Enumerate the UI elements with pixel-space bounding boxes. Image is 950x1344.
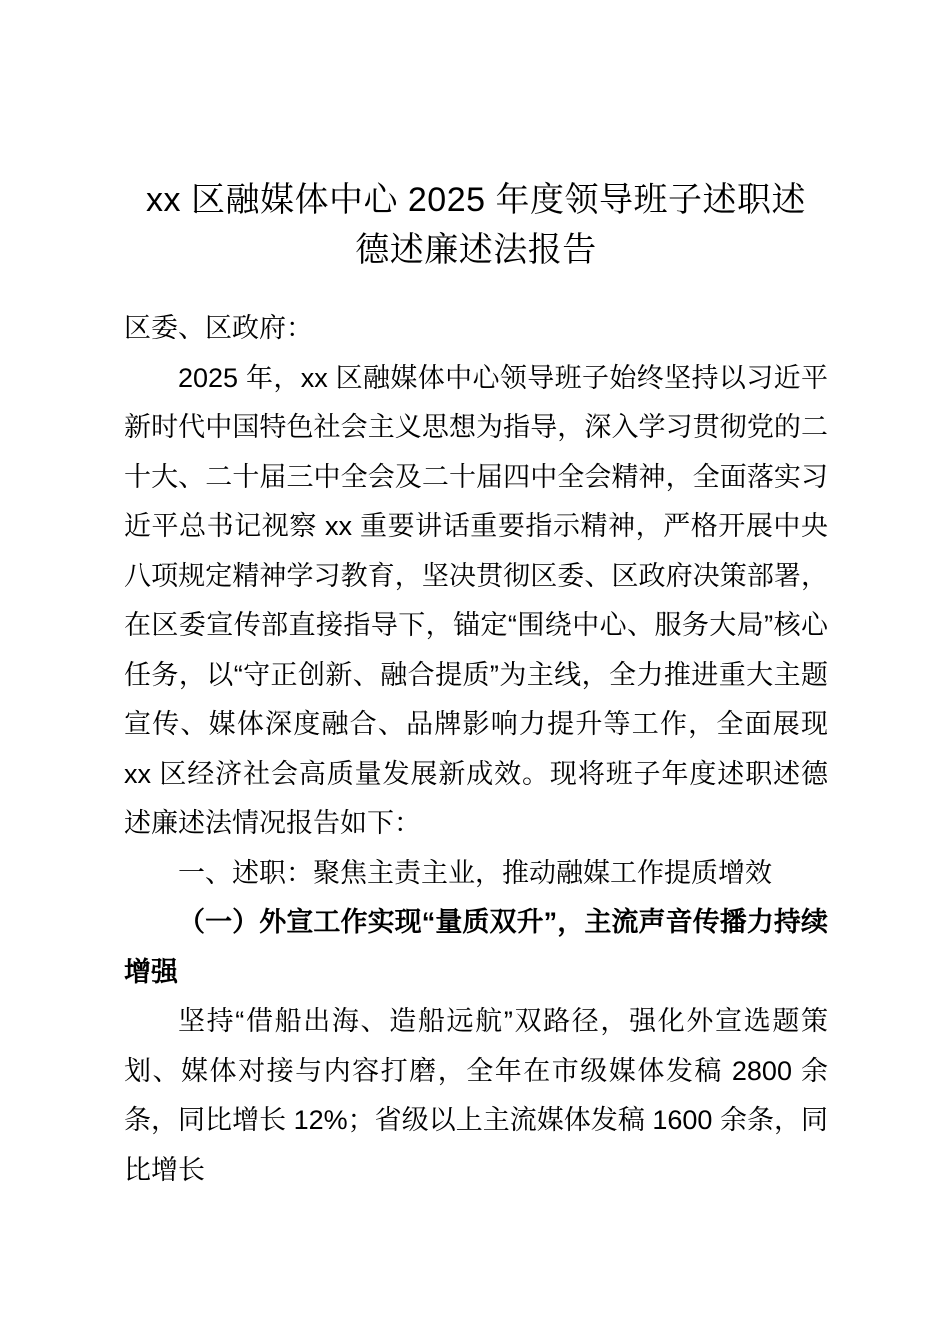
document-title-line-1: xx 区融媒体中心 2025 年度领导班子述职述 (124, 175, 828, 225)
paragraph-list: 2025 年，xx 区融媒体中心领导班子始终坚持以习近平新时代中国特色社会主义思… (124, 354, 828, 1196)
document-title-line-2: 德述廉述法报告 (124, 225, 828, 275)
paragraph: 坚持“借船出海、造船远航”双路径，强化外宣选题策划、媒体对接与内容打磨，全年在市… (124, 997, 828, 1195)
salutation: 区委、区政府： (124, 304, 828, 354)
section-heading: 一、述职：聚焦主责主业，推动融媒工作提质增效 (124, 849, 828, 899)
document-title: xx 区融媒体中心 2025 年度领导班子述职述 德述廉述法报告 (124, 175, 828, 275)
subsection-heading: （一）外宣工作实现“量质双升”，主流声音传播力持续增强 (124, 898, 828, 997)
document-body: 区委、区政府： 2025 年，xx 区融媒体中心领导班子始终坚持以习近平新时代中… (124, 304, 828, 1195)
document-page: xx 区融媒体中心 2025 年度领导班子述职述 德述廉述法报告 区委、区政府：… (0, 0, 950, 1344)
paragraph: 2025 年，xx 区融媒体中心领导班子始终坚持以习近平新时代中国特色社会主义思… (124, 354, 828, 849)
